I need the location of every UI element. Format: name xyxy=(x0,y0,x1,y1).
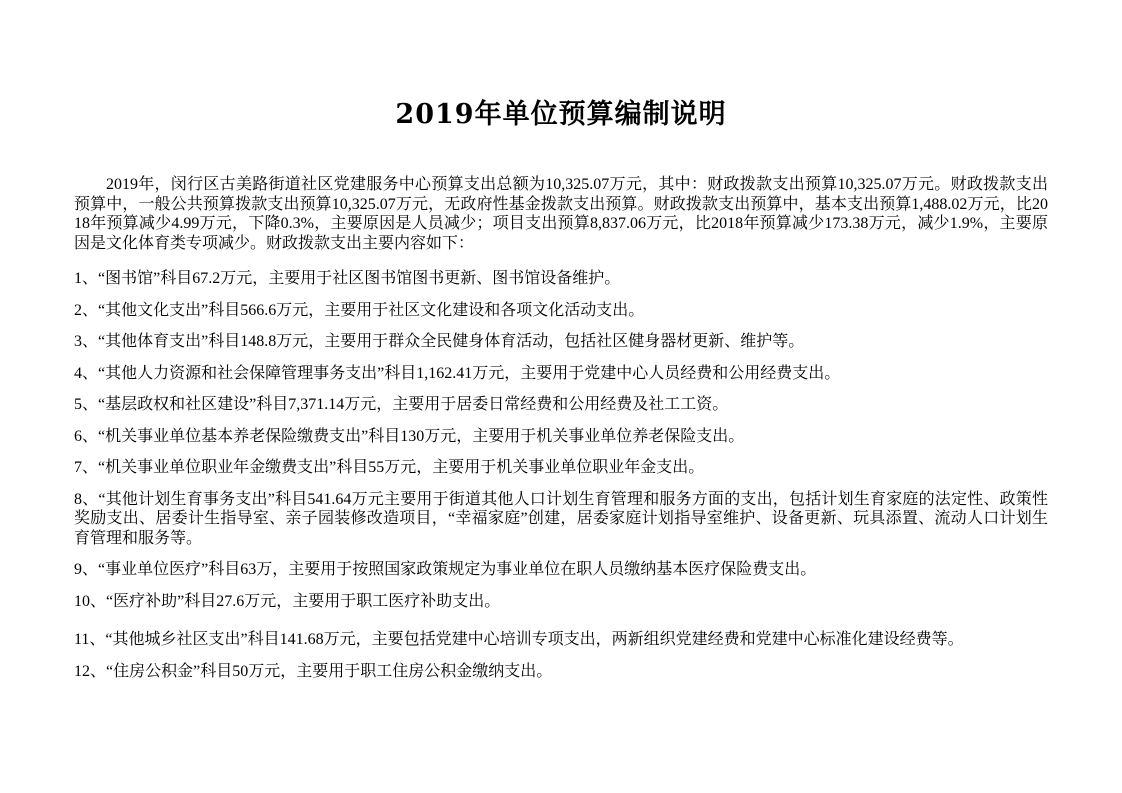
budget-item-2: 2、“其他文化支出”科目566.6万元，主要用于社区文化建设和各项文化活动支出。 xyxy=(74,301,1048,321)
budget-item-11: 11、“其他城乡社区支出”科目141.68万元，主要包括党建中心培训专项支出，两… xyxy=(74,630,1048,650)
intro-paragraph: 2019年，闵行区古美路街道社区党建服务中心预算支出总额为10,325.07万元… xyxy=(74,175,1048,253)
budget-item-4: 4、“其他人力资源和社会保障管理事务支出”科目1,162.41万元，主要用于党建… xyxy=(74,364,1048,384)
budget-item-8: 8、“其他计划生育事务支出”科目541.64万元主要用于街道其他人口计划生育管理… xyxy=(74,490,1048,549)
budget-document-page: 2019年单位预算编制说明 2019年，闵行区古美路街道社区党建服务中心预算支出… xyxy=(0,0,1122,793)
budget-item-5: 5、“基层政权和社区建设”科目7,371.14万元，主要用于居委日常经费和公用经… xyxy=(74,395,1048,415)
budget-item-9: 9、“事业单位医疗”科目63万，主要用于按照国家政策规定为事业单位在职人员缴纳基… xyxy=(74,560,1048,580)
budget-item-3: 3、“其他体育支出”科目148.8万元，主要用于群众全民健身体育活动，包括社区健… xyxy=(74,332,1048,352)
budget-item-1: 1、“图书馆”科目67.2万元，主要用于社区图书馆图书更新、图书馆设备维护。 xyxy=(74,269,1048,289)
budget-item-12: 12、“住房公积金”科目50万元，主要用于职工住房公积金缴纳支出。 xyxy=(74,662,1048,682)
document-body: 2019年，闵行区古美路街道社区党建服务中心预算支出总额为10,325.07万元… xyxy=(74,131,1048,681)
document-title: 2019年单位预算编制说明 xyxy=(0,0,1122,131)
budget-items-list: 1、“图书馆”科目67.2万元，主要用于社区图书馆图书更新、图书馆设备维护。 2… xyxy=(74,269,1048,681)
budget-item-7: 7、“机关事业单位职业年金缴费支出”科目55万元，主要用于机关事业单位职业年金支… xyxy=(74,458,1048,478)
budget-item-10: 10、“医疗补助”科目27.6万元，主要用于职工医疗补助支出。 xyxy=(74,592,1048,612)
budget-item-6: 6、“机关事业单位基本养老保险缴费支出”科目130万元，主要用于机关事业单位养老… xyxy=(74,427,1048,447)
